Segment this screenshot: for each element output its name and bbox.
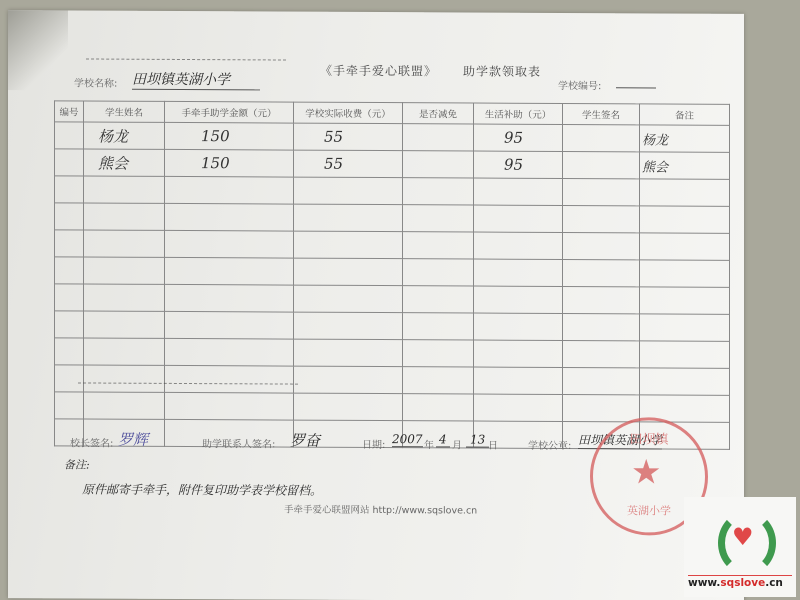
col-fee: 学校实际收费（元） — [294, 102, 403, 124]
cell-waived — [403, 124, 474, 151]
table-row-empty — [55, 257, 730, 288]
cell-subsidy: 95 — [474, 124, 563, 151]
col-note: 备注 — [640, 104, 730, 125]
logo-url-prefix: www. — [688, 577, 720, 589]
school-code-value — [616, 87, 656, 88]
date-day-unit: 日 — [488, 437, 498, 452]
cell-name: 熊会 — [84, 149, 165, 176]
aid-table: 编号 学生姓名 手牵手助学金额（元） 学校实际收费（元） 是否减免 生活补助（元… — [54, 100, 730, 450]
col-subsidy: 生活补助（元） — [474, 103, 563, 124]
cell-id — [55, 149, 84, 176]
date-day: 13 — [466, 432, 489, 447]
seal-top-text: 田坝镇 — [601, 428, 697, 448]
aid-receipt-form: 《手牵手爱心联盟》助学款领取表 学校名称: 田坝镇英湖小学 学校编号: 编号 学… — [8, 10, 744, 600]
date-month-unit: 月 — [452, 436, 462, 451]
table-row-empty — [55, 338, 730, 369]
sqslove-logo: ♥ www.sqslove.cn — [684, 497, 796, 597]
cell-name: 杨龙 — [84, 122, 165, 149]
table-row-empty — [55, 392, 730, 423]
seal-bottom-text: 英湖小学 — [601, 502, 697, 519]
cell-aid: 150 — [165, 122, 294, 150]
logo-url-suffix: .cn — [765, 577, 783, 589]
school-name-value: 田坝镇英湖小学 — [132, 69, 260, 91]
remark-label: 备注: — [64, 456, 90, 472]
table-row: 杨龙 150 55 95 杨龙 — [55, 122, 730, 153]
table-row: 熊会 150 55 95 熊会 — [55, 149, 730, 180]
logo-url: www.sqslove.cn — [688, 577, 783, 589]
cell-note: 熊会 — [640, 152, 730, 179]
remark-value: 原件邮寄手牵手，附件复印助学表学校留档。 — [82, 480, 322, 498]
cell-subsidy: 95 — [474, 151, 563, 178]
date-year: 2007 — [392, 432, 423, 447]
date-year-unit: 年 — [424, 436, 434, 451]
table-row-empty — [55, 284, 730, 315]
contact-label: 助学联系人签名: — [202, 435, 275, 450]
star-icon: ★ — [631, 452, 661, 492]
cell-fee: 55 — [294, 123, 403, 151]
table-row-empty — [55, 230, 730, 261]
table-row-empty — [55, 203, 730, 234]
date-label: 日期: — [362, 436, 385, 451]
cell-id — [55, 122, 84, 149]
seal-label: 学校公章: — [528, 437, 571, 452]
principal-label: 校长签名: — [70, 434, 113, 449]
heart-icon: ♥ — [732, 525, 754, 549]
cell-note: 杨龙 — [640, 125, 730, 152]
table-row-empty — [55, 365, 730, 396]
col-id: 编号 — [55, 101, 84, 122]
table-row-empty — [55, 311, 730, 342]
cell-signature — [563, 124, 640, 151]
contact-signature: 罗奋 — [290, 430, 320, 451]
date-month: 4 — [436, 432, 450, 447]
logo-url-mid: sqslove — [720, 577, 765, 589]
cell-signature — [563, 151, 640, 178]
website-text: 手牵手爱心联盟网站 http://www.sqslove.cn — [284, 502, 477, 517]
form-title-main: 《手牵手爱心联盟》 — [320, 64, 437, 79]
col-name: 学生姓名 — [84, 101, 165, 122]
principal-signature: 罗辉 — [118, 429, 148, 450]
table-row-empty — [55, 176, 730, 207]
form-subtitle: 助学款领取表 — [463, 64, 541, 78]
punch-marks — [86, 58, 286, 60]
col-waived: 是否减免 — [403, 103, 474, 124]
col-aid: 手牵手助学金额（元） — [165, 101, 294, 123]
cell-aid: 150 — [165, 149, 294, 177]
logo-divider — [688, 575, 792, 576]
cell-waived — [403, 151, 474, 178]
cell-fee: 55 — [294, 150, 403, 178]
school-name-label: 学校名称: — [74, 74, 117, 89]
col-signature: 学生签名 — [563, 103, 640, 124]
form-title: 《手牵手爱心联盟》助学款领取表 — [320, 62, 541, 80]
school-code-label: 学校编号: — [558, 77, 601, 92]
